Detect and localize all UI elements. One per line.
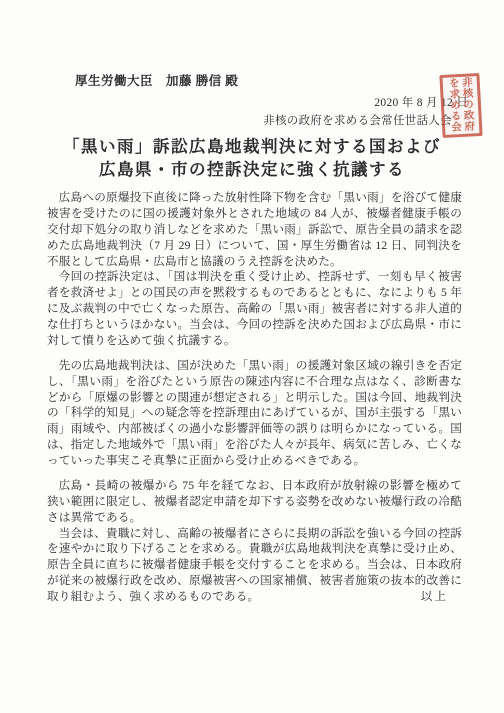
seal-text: 非核の政府を求める会 [446, 76, 475, 134]
paragraph-4: 広島・長崎の被爆から 75 年を経てなお、日本政府が放射線の影響を極めて狭い範囲… [47, 478, 462, 526]
title-line-2: 広島県・市の控訴決定に強く抗議する [0, 158, 504, 181]
sender-line: 非核の政府を求める会常任世話人会 [263, 112, 452, 128]
organization-seal-stamp: 非核の政府を求める会 [439, 73, 482, 138]
document-title: 「黒い雨」訴訟広島地裁判決に対する国および 広島県・市の控訴決定に強く抗議する [0, 135, 504, 182]
document-body: 広島への原爆投下直後に降った放射性降下物を含む「黒い雨」を浴びて健康被害を受けた… [47, 190, 462, 605]
paragraph-3: 先の広島地裁判決は、国が決めた「黒い雨」の援護対象区域の線引きを否定し、「黒い雨… [47, 358, 462, 469]
paragraph-block-2: 先の広島地裁判決は、国が決めた「黒い雨」の援護対象区域の線引きを否定し、「黒い雨… [47, 358, 462, 469]
document-page: 厚生労働大臣 加藤 勝信 殿 2020 年 8 月 12 日 非核の政府を求める… [0, 0, 504, 713]
title-line-1: 「黒い雨」訴訟広島地裁判決に対する国および [0, 135, 504, 158]
paragraph-1: 広島への原爆投下直後に降った放射性降下物を含む「黒い雨」を浴びて健康被害を受けた… [47, 190, 462, 269]
addressee-line: 厚生労働大臣 加藤 勝信 殿 [75, 71, 238, 89]
paragraph-2: 今回の控訴決定は、「国は判決を重く受け止め、控訴せず、一刻も早く被害者を救済せよ… [47, 269, 462, 348]
paragraph-block-3: 広島・長崎の被爆から 75 年を経てなお、日本政府が放射線の影響を極めて狭い範囲… [47, 478, 462, 605]
paragraph-block-1: 広島への原爆投下直後に降った放射性降下物を含む「黒い雨」を浴びて健康被害を受けた… [47, 190, 462, 349]
